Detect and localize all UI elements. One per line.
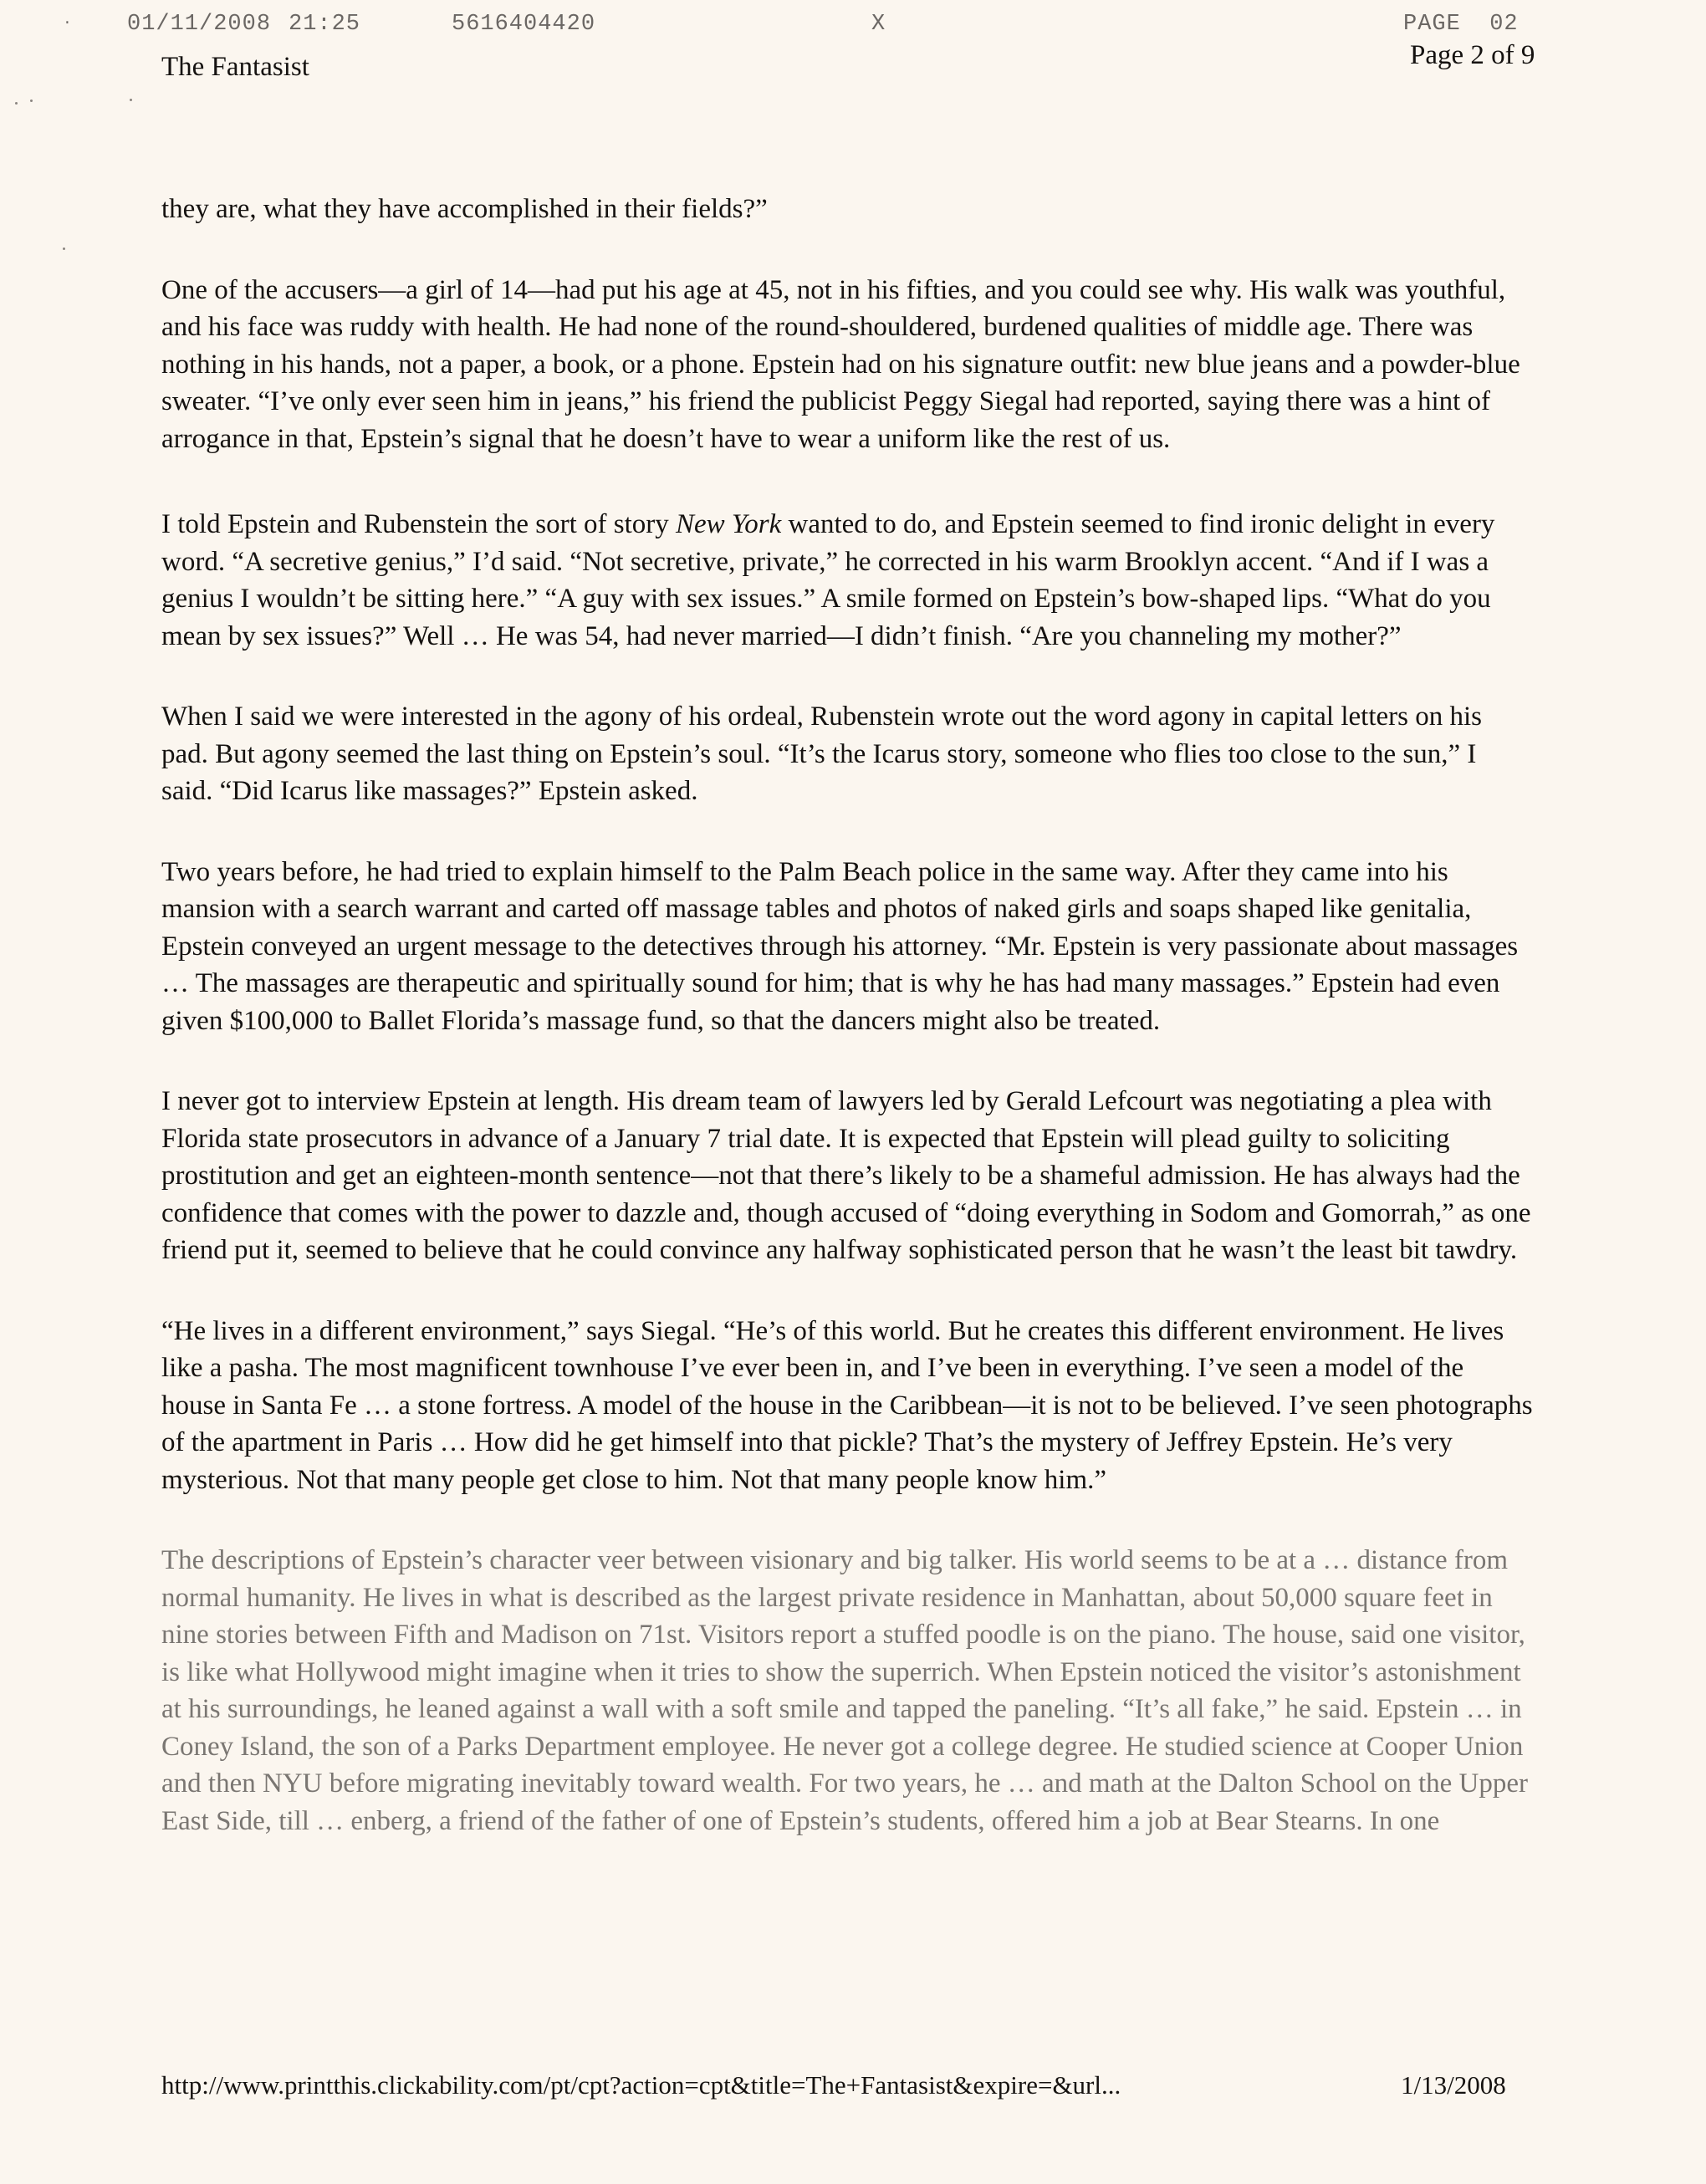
scan-speck xyxy=(30,100,33,102)
article-paragraph: they are, what they have accomplished in… xyxy=(161,191,1533,228)
scan-speck xyxy=(15,102,18,105)
fax-page-number: PAGE 02 xyxy=(1403,12,1519,37)
fax-date: 01/11/2008 xyxy=(127,12,271,37)
article-paragraph: I told Epstein and Rubenstein the sort o… xyxy=(161,506,1533,655)
article-paragraph: Two years before, he had tried to explai… xyxy=(161,854,1533,1040)
fax-time: 21:25 xyxy=(289,12,360,37)
article-paragraph: “He lives in a different environment,” s… xyxy=(161,1313,1533,1499)
fax-phone-number: 5616404420 xyxy=(452,12,595,37)
article-paragraph: I never got to interview Epstein at leng… xyxy=(161,1083,1533,1269)
fax-speck: · xyxy=(63,15,73,32)
scan-speck xyxy=(63,247,65,250)
fax-x-mark: X xyxy=(871,12,886,37)
document-title: The Fantasist xyxy=(161,52,309,83)
print-date: 1/13/2008 xyxy=(1401,2070,1506,2100)
scan-speck xyxy=(130,99,132,101)
article-body: they are, what they have accomplished in… xyxy=(161,191,1533,1877)
article-paragraph: One of the accusers—a girl of 14—had put… xyxy=(161,272,1533,458)
article-paragraph: When I said we were interested in the ag… xyxy=(161,698,1533,810)
article-paragraph: The descriptions of Epstein’s character … xyxy=(161,1542,1533,1840)
source-url: http://www.printthis.clickability.com/pt… xyxy=(161,2070,1121,2100)
publication-name: New York xyxy=(676,509,781,539)
page-count: Page 2 of 9 xyxy=(1410,40,1535,71)
